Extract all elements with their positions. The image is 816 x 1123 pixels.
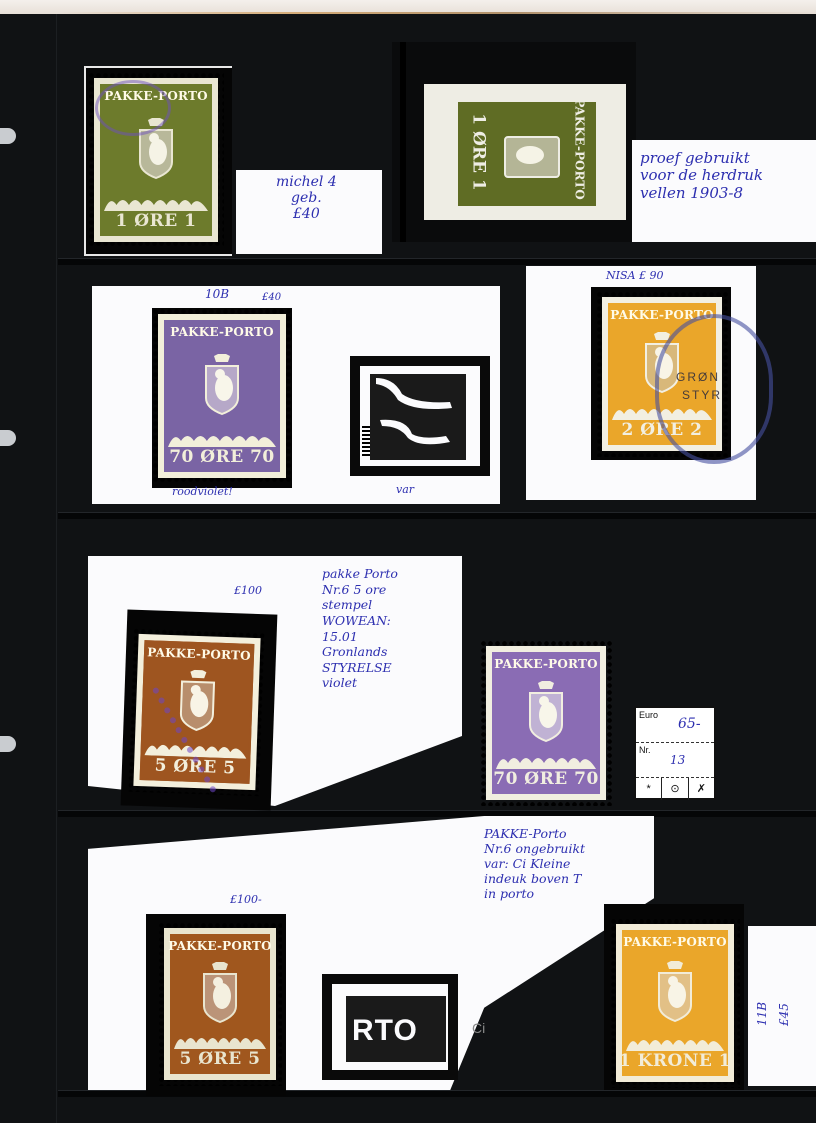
handwritten-note: var xyxy=(396,484,414,497)
condition-boxes: * ⊙ ✗ xyxy=(636,778,714,800)
waves-icon xyxy=(104,195,208,211)
price-tag: Euro 65- Nr. 13 * ⊙ ✗ xyxy=(634,706,716,800)
euro-label: Euro xyxy=(639,710,658,720)
stamp-title: PAKKE-PORTO xyxy=(170,325,274,339)
note-card: 11B £45 xyxy=(748,926,816,1086)
stamp-title: PAKKE-PORTO xyxy=(494,657,598,671)
price-note: NISA £ 90 xyxy=(606,270,663,283)
variety-enlargement: RTO xyxy=(322,974,458,1080)
handwritten-note: PAKKE-Porto Nr.6 ongebruikt var: Ci Klei… xyxy=(484,826,585,901)
postmark-text: GRØN xyxy=(676,370,720,384)
stamp-70-ore-violet[interactable]: PAKKE-PORTO 70 ØRE 70 xyxy=(152,308,292,484)
polar-bear-shield-icon xyxy=(655,949,695,1035)
album-top-edge xyxy=(0,0,816,14)
variety-enlargement xyxy=(350,356,490,476)
stamp-title: PAKKE-PORTO xyxy=(572,98,586,199)
handwritten-note: proef gebruikt voor de herdruk vellen 19… xyxy=(640,150,763,202)
note-card: proef gebruikt voor de herdruk vellen 19… xyxy=(632,140,816,242)
nr-value: 13 xyxy=(670,753,685,767)
condition-crossed: ✗ xyxy=(689,778,714,800)
stamp-1-krone-orange[interactable]: PAKKE-PORTO 1 KRONE 1 xyxy=(610,918,740,1088)
binder-hole xyxy=(0,736,16,752)
nr-label: Nr. xyxy=(639,745,651,755)
binder-hole xyxy=(0,128,16,144)
price-tag-nr-row: Nr. 13 xyxy=(636,743,714,778)
stamp-value: 5 ØRE 5 xyxy=(180,1049,261,1069)
handwritten-note: roodviolet! xyxy=(172,486,233,499)
album-strip xyxy=(58,258,816,265)
perforation-detail xyxy=(362,426,370,456)
price-note: £100 xyxy=(234,585,262,598)
price-tag-euro-row: Euro 65- xyxy=(636,708,714,743)
stamp-value: 1 ØRE 1 xyxy=(469,113,489,190)
catalog-number-note: 10B xyxy=(205,288,229,302)
handwritten-note: pakke Porto Nr.6 5 ore stempel WOWEAN: 1… xyxy=(322,566,398,691)
price-note: £45 xyxy=(778,1003,792,1026)
stamp-value: 1 ØRE 1 xyxy=(116,211,197,231)
album-strip xyxy=(58,810,816,817)
postmark-text: STYR xyxy=(682,388,722,402)
note-card: michel 4 geb. £40 xyxy=(236,170,382,254)
stamp-title: PAKKE-PORTO xyxy=(623,935,727,949)
price-note: £40 xyxy=(262,292,281,304)
polar-bear-shield-icon xyxy=(200,953,240,1033)
catalog-number-note: 11B xyxy=(756,1002,770,1026)
postmark-cancel xyxy=(95,80,171,136)
waves-icon xyxy=(168,431,276,447)
waves-icon xyxy=(174,1033,266,1049)
waves-icon xyxy=(626,1035,724,1051)
stamp-title: PAKKE-PORTO xyxy=(168,939,272,953)
price-note: £100- xyxy=(230,894,262,907)
stamp-value: 70 ØRE 70 xyxy=(169,447,275,467)
stamp-value: 70 ØRE 70 xyxy=(493,769,599,789)
handwritten-note: michel 4 geb. £40 xyxy=(276,174,337,222)
album-margin-line xyxy=(56,14,57,1123)
polar-bear-shield-icon xyxy=(504,136,560,178)
euro-value: 65- xyxy=(678,716,701,732)
polar-bear-shield-icon xyxy=(202,339,242,431)
condition-mint: * xyxy=(636,778,662,800)
variety-detail-image: RTO xyxy=(346,996,446,1062)
album-strip xyxy=(58,512,816,519)
variety-detail-image xyxy=(370,374,466,460)
handwritten-note: Ci xyxy=(472,1020,485,1036)
binder-hole xyxy=(0,430,16,446)
variety-detail-text: RTO xyxy=(352,1014,418,1048)
mount-edge xyxy=(400,42,406,242)
stamp-proof-imperforate[interactable]: PAKKE-PORTO 1 ØRE 1 xyxy=(424,84,626,220)
condition-used: ⊙ xyxy=(662,778,688,800)
stamp-70-ore-violet-mint[interactable]: PAKKE-PORTO 70 ØRE 70 xyxy=(480,640,612,806)
polar-bear-shield-icon xyxy=(526,671,566,753)
stamp-5-ore-brown-mint[interactable]: PAKKE-PORTO 5 ØRE 5 xyxy=(158,922,282,1086)
waves-icon xyxy=(496,753,596,769)
stamp-value: 1 KRONE 1 xyxy=(619,1051,731,1071)
